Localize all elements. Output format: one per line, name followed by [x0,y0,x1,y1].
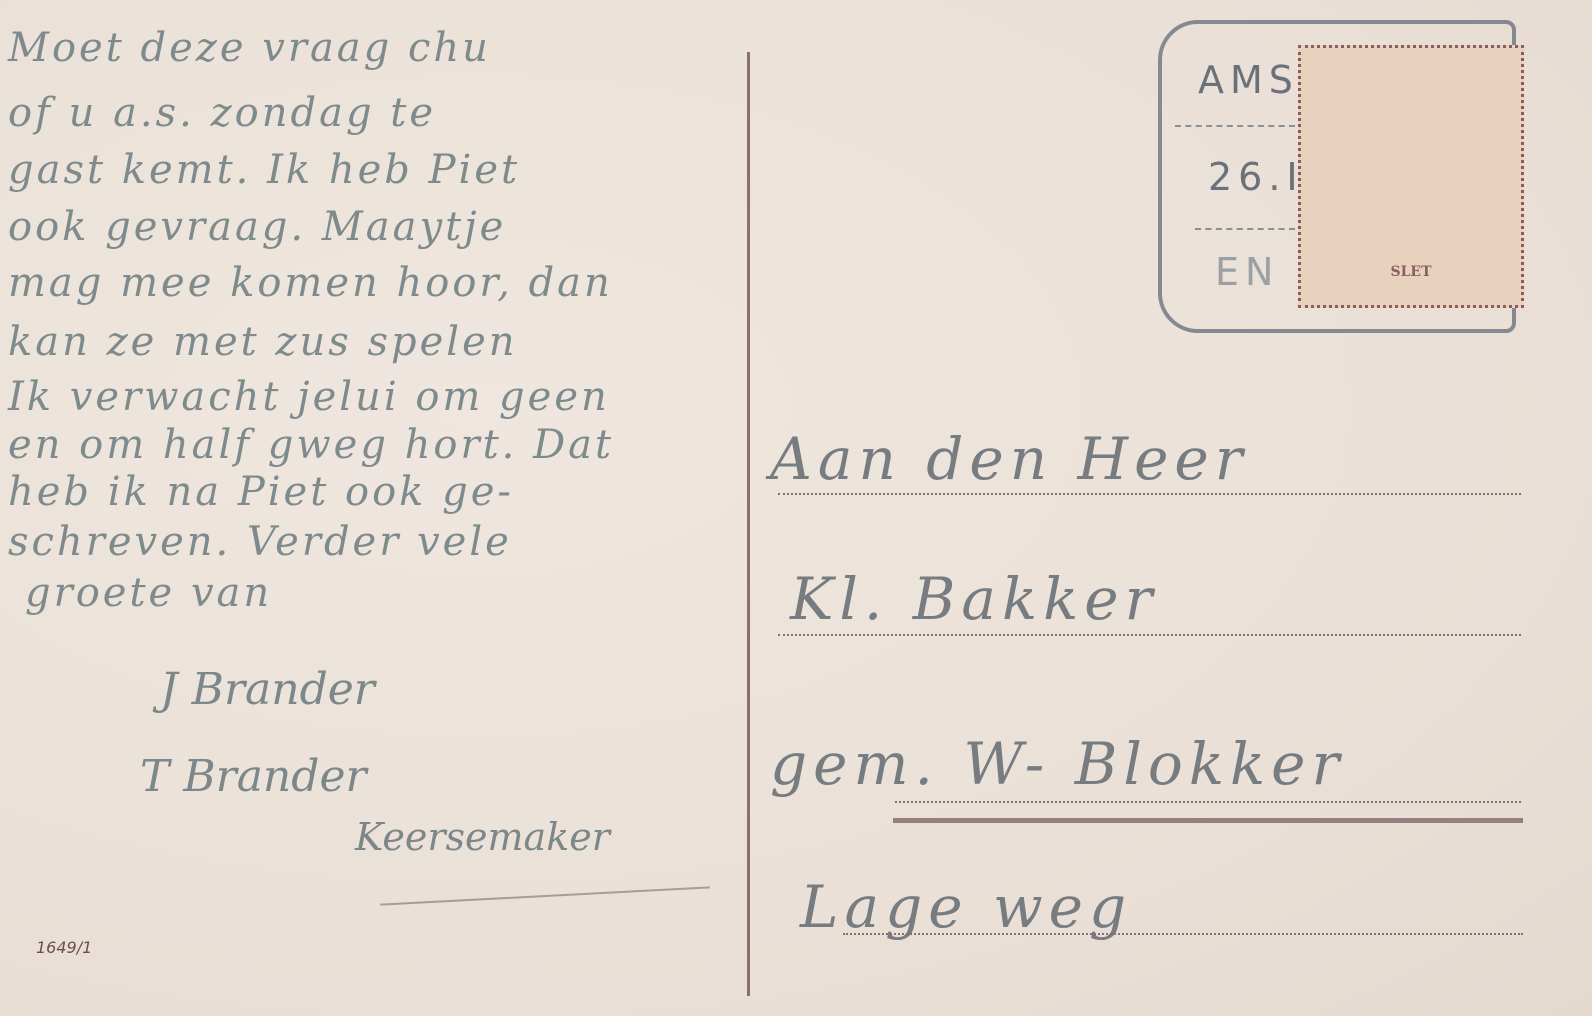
postmark-city: AMS [1198,58,1299,102]
address-line: Aan den Heer [770,430,1248,488]
print-number: 1649/1 [36,938,92,957]
address-line: gem. W- Blokker [770,735,1345,793]
message-line: heb ik na Piet ook ge- [8,472,514,512]
message-line: en om half gweg hort. Dat [8,425,614,465]
signature-underline [380,886,710,905]
message-line: kan ze met zus spelen [8,322,518,362]
stamp-label: SLET [1301,264,1521,280]
address-rule [843,933,1523,935]
message-line: Moet deze vraag chu [8,28,491,68]
postmark-rule [1195,228,1295,230]
message-line: schreven. Verder vele [8,522,512,562]
signature: Keersemaker [355,818,610,856]
postcard-back: Moet deze vraag chu of u a.s. zondag te … [0,0,1592,1016]
postmark-bottom: EN [1215,250,1279,294]
signature: T Brander [140,755,367,799]
address-line: Kl. Bakker [790,570,1158,628]
message-line: ook gevraag. Maaytje [8,207,506,247]
address-line: Lage weg [800,878,1132,936]
message-line: gast kemt. Ik heb Piet [8,150,520,190]
stamp-box: SLET [1298,45,1524,308]
address-rule [778,634,1521,636]
message-line: mag mee komen hoor, dan [8,263,613,303]
address-rule [895,801,1521,803]
postmark-rule [1175,125,1295,127]
postmark-date: 26.I [1208,155,1304,199]
address-underline [893,818,1523,823]
address-rule [778,493,1521,495]
message-line: groete van [25,573,272,613]
message-line: of u a.s. zondag te [8,93,436,133]
message-line: Ik verwacht jelui om geen [8,377,610,417]
center-divider [747,52,750,996]
signature: J Brander [160,668,375,712]
